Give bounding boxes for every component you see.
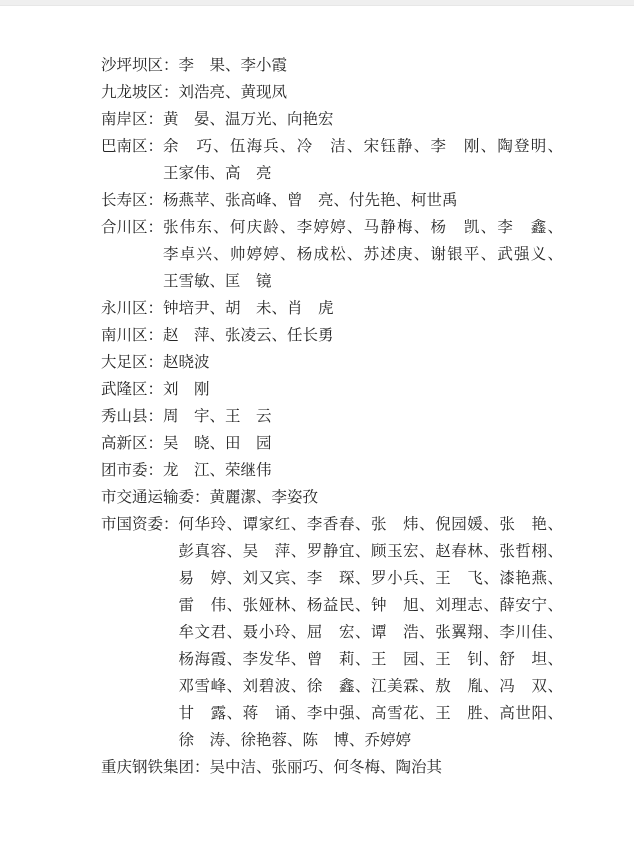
org-label: 武隆区： <box>101 376 163 403</box>
org-label: 永川区： <box>101 295 163 322</box>
name-list: 杨燕苹、张高峰、曾 亮、付先艳、柯世禹 <box>163 187 563 214</box>
entry-row: 市国资委：何华玲、谭家红、李香春、张 炜、倪园媛、张 艳、彭真容、吴 萍、罗静宜… <box>101 511 563 754</box>
org-label: 九龙坡区： <box>101 79 179 106</box>
name-line: 赵晓波 <box>163 349 563 376</box>
name-list: 赵晓波 <box>163 349 563 376</box>
name-line: 钟培尹、胡 未、肖 虎 <box>163 295 563 322</box>
entry-row: 沙坪坝区：李 果、李小霞 <box>101 52 563 79</box>
org-label: 沙坪坝区： <box>101 52 179 79</box>
name-line: 周 宇、王 云 <box>163 403 563 430</box>
name-line: 刘 刚 <box>163 376 563 403</box>
entry-row: 九龙坡区：刘浩亮、黄现凤 <box>101 79 563 106</box>
entry-row: 巴南区：余 巧、伍海兵、冷 洁、宋钰静、李 刚、陶登明、王家伟、高 亮 <box>101 133 563 187</box>
name-line: 彭真容、吴 萍、罗静宜、顾玉宏、赵春林、张哲栩、 <box>179 538 563 565</box>
entry-row: 长寿区：杨燕苹、张高峰、曾 亮、付先艳、柯世禹 <box>101 187 563 214</box>
name-list: 何华玲、谭家红、李香春、张 炜、倪园媛、张 艳、彭真容、吴 萍、罗静宜、顾玉宏、… <box>179 511 563 754</box>
name-line: 黄 晏、温万光、向艳宏 <box>163 106 563 133</box>
org-label: 高新区： <box>101 430 163 457</box>
name-line: 王雪敏、匡 镜 <box>163 268 563 295</box>
name-list: 张伟东、何庆龄、李婷婷、马静梅、杨 凯、李 鑫、李卓兴、帅婷婷、杨成松、苏述庚、… <box>163 214 563 295</box>
name-list: 周 宇、王 云 <box>163 403 563 430</box>
entry-row: 大足区：赵晓波 <box>101 349 563 376</box>
name-line: 何华玲、谭家红、李香春、张 炜、倪园媛、张 艳、 <box>179 511 563 538</box>
org-label: 南川区： <box>101 322 163 349</box>
name-list: 黄 晏、温万光、向艳宏 <box>163 106 563 133</box>
name-list: 刘浩亮、黄现凤 <box>179 79 563 106</box>
name-list: 黄麗潔、李姿孜 <box>210 484 563 511</box>
entry-row: 南岸区：黄 晏、温万光、向艳宏 <box>101 106 563 133</box>
entry-row: 市交通运输委：黄麗潔、李姿孜 <box>101 484 563 511</box>
name-list: 刘 刚 <box>163 376 563 403</box>
entry-row: 南川区：赵 萍、张凌云、任长勇 <box>101 322 563 349</box>
entry-row: 团市委：龙 江、荣继伟 <box>101 457 563 484</box>
org-label: 巴南区： <box>101 133 163 160</box>
name-line: 李 果、李小霞 <box>179 52 563 79</box>
org-label: 大足区： <box>101 349 163 376</box>
org-label: 长寿区： <box>101 187 163 214</box>
name-line: 李卓兴、帅婷婷、杨成松、苏述庚、谢银平、武强义、 <box>163 241 563 268</box>
org-label: 团市委： <box>101 457 163 484</box>
page-top-edge <box>0 0 634 6</box>
name-line: 甘 露、蒋 诵、李中强、高雪花、王 胜、高世阳、 <box>179 700 563 727</box>
name-list: 钟培尹、胡 未、肖 虎 <box>163 295 563 322</box>
org-label: 市交通运输委： <box>101 484 210 511</box>
org-label: 秀山县： <box>101 403 163 430</box>
name-line: 易 婷、刘又宾、李 琛、罗小兵、王 飞、漆艳燕、 <box>179 565 563 592</box>
name-line: 黄麗潔、李姿孜 <box>210 484 563 511</box>
org-label: 合川区： <box>101 214 163 241</box>
name-line: 徐 涛、徐艳蓉、陈 博、乔婷婷 <box>179 727 563 754</box>
name-line: 王家伟、高 亮 <box>163 160 563 187</box>
name-list: 余 巧、伍海兵、冷 洁、宋钰静、李 刚、陶登明、王家伟、高 亮 <box>163 133 563 187</box>
name-line: 吴 晓、田 园 <box>163 430 563 457</box>
entry-row: 合川区：张伟东、何庆龄、李婷婷、马静梅、杨 凯、李 鑫、李卓兴、帅婷婷、杨成松、… <box>101 214 563 295</box>
entry-row: 高新区：吴 晓、田 园 <box>101 430 563 457</box>
name-line: 吴中洁、张丽巧、何冬梅、陶治其 <box>210 754 563 781</box>
entry-row: 永川区：钟培尹、胡 未、肖 虎 <box>101 295 563 322</box>
name-line: 牟文君、聂小玲、屈 宏、谭 浩、张翼翔、李川佳、 <box>179 619 563 646</box>
name-line: 龙 江、荣继伟 <box>163 457 563 484</box>
name-line: 邓雪峰、刘碧波、徐 鑫、江美霖、敖 胤、冯 双、 <box>179 673 563 700</box>
name-line: 杨海霞、李发华、曾 莉、王 园、王 钊、舒 坦、 <box>179 646 563 673</box>
name-line: 杨燕苹、张高峰、曾 亮、付先艳、柯世禹 <box>163 187 563 214</box>
document-page: 沙坪坝区：李 果、李小霞九龙坡区：刘浩亮、黄现凤南岸区：黄 晏、温万光、向艳宏巴… <box>101 52 563 781</box>
entry-row: 秀山县：周 宇、王 云 <box>101 403 563 430</box>
entry-row: 武隆区：刘 刚 <box>101 376 563 403</box>
org-label: 市国资委： <box>101 511 179 538</box>
name-list: 龙 江、荣继伟 <box>163 457 563 484</box>
name-line: 雷 伟、张娅林、杨益民、钟 旭、刘理志、薛安宁、 <box>179 592 563 619</box>
name-list: 吴中洁、张丽巧、何冬梅、陶治其 <box>210 754 563 781</box>
name-line: 刘浩亮、黄现凤 <box>179 79 563 106</box>
name-list: 李 果、李小霞 <box>179 52 563 79</box>
name-line: 余 巧、伍海兵、冷 洁、宋钰静、李 刚、陶登明、 <box>163 133 563 160</box>
entry-row: 重庆钢铁集团：吴中洁、张丽巧、何冬梅、陶治其 <box>101 754 563 781</box>
org-label: 南岸区： <box>101 106 163 133</box>
org-label: 重庆钢铁集团： <box>101 754 210 781</box>
name-line: 张伟东、何庆龄、李婷婷、马静梅、杨 凯、李 鑫、 <box>163 214 563 241</box>
name-list: 吴 晓、田 园 <box>163 430 563 457</box>
name-line: 赵 萍、张凌云、任长勇 <box>163 322 563 349</box>
name-list: 赵 萍、张凌云、任长勇 <box>163 322 563 349</box>
